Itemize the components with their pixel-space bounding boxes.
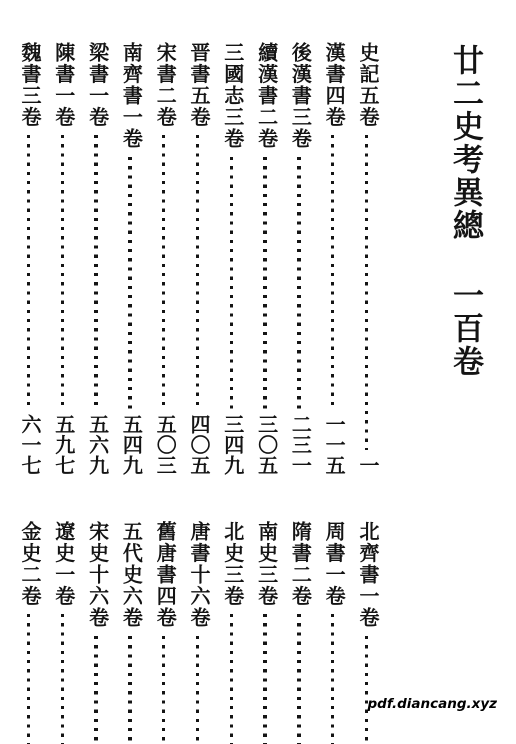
toc-entry: 後漢書三卷 二三一 <box>287 42 310 475</box>
toc-entry-title: 舊唐書四卷 <box>152 521 175 629</box>
toc-entry: 唐書十六卷 <box>186 521 209 744</box>
dot-leader <box>128 157 132 409</box>
toc-entry-title: 北史三卷 <box>220 521 243 607</box>
toc-entry-page: 三四九 <box>220 414 243 476</box>
dot-leader <box>61 614 65 744</box>
toc-entry: 史記五卷 一 <box>355 42 378 475</box>
dot-leader <box>162 636 166 744</box>
toc-entry: 五代史六卷 <box>118 521 141 744</box>
toc-entry-title: 梁書一卷 <box>85 42 108 128</box>
toc-entry-title: 南齊書一卷 <box>118 42 141 150</box>
dot-leader <box>331 135 335 409</box>
dot-leader <box>297 614 301 744</box>
dot-leader <box>27 135 31 409</box>
dot-leader <box>27 614 31 744</box>
toc-entry: 三國志三卷 三四九 <box>220 42 243 475</box>
dot-leader <box>365 135 369 450</box>
toc-entry-title: 後漢書三卷 <box>287 42 310 150</box>
toc-entry-page: 一 <box>355 455 378 476</box>
toc-entry-title: 周書一卷 <box>321 521 344 607</box>
toc-entry: 金史二卷 <box>17 521 40 744</box>
toc-entry: 遼史一卷 <box>51 521 74 744</box>
toc-entry: 梁書一卷 五六九 <box>85 42 108 475</box>
toc-entry-title: 五代史六卷 <box>118 521 141 629</box>
dot-leader <box>196 636 200 744</box>
toc-entry: 北史三卷 <box>220 521 243 744</box>
toc-entry: 南史三卷 <box>254 521 277 744</box>
toc-entry-title: 宋史十六卷 <box>85 521 108 629</box>
scanned-book-page: 廿二史考異總 一百卷 史記五卷 一 漢書四卷 一一五 後漢書三卷 二三一 續漢書… <box>0 0 516 744</box>
dot-leader <box>230 157 234 409</box>
dot-leader <box>263 157 267 409</box>
dot-leader <box>230 614 234 744</box>
toc-entry-title: 金史二卷 <box>17 521 40 607</box>
toc-entry-page: 一一五 <box>321 414 344 476</box>
dot-leader <box>297 157 301 409</box>
toc-entry-page: 四〇五 <box>186 414 209 476</box>
toc-entry: 晋書五卷 四〇五 <box>186 42 209 475</box>
dot-leader <box>61 135 65 409</box>
toc-entry-title: 宋書二卷 <box>152 42 175 128</box>
toc-entry: 宋書二卷 五〇三 <box>152 42 175 475</box>
toc-entry-title: 晋書五卷 <box>186 42 209 128</box>
dot-leader <box>94 636 98 744</box>
toc-entry-page: 五六九 <box>85 414 108 476</box>
dot-leader <box>196 135 200 409</box>
book-title: 廿二史考異總 一百卷 <box>447 44 483 378</box>
toc-entry-title: 唐書十六卷 <box>186 521 209 629</box>
toc-section-upper: 史記五卷 一 漢書四卷 一一五 後漢書三卷 二三一 續漢書二卷 三〇五 三國志三… <box>17 42 378 475</box>
toc-entry-title: 遼史一卷 <box>51 521 74 607</box>
toc-entry-page: 五〇三 <box>152 414 175 476</box>
toc-entry: 周書一卷 <box>321 521 344 744</box>
dot-leader <box>331 614 335 744</box>
toc-entry: 舊唐書四卷 <box>152 521 175 744</box>
dot-leader <box>128 636 132 744</box>
toc-entry: 續漢書二卷 三〇五 <box>254 42 277 475</box>
toc-entry: 南齊書一卷 五四九 <box>118 42 141 475</box>
toc-entry-title: 南史三卷 <box>254 521 277 607</box>
watermark: pdf.diancang.xyz <box>368 696 497 712</box>
toc-entry-page: 五四九 <box>118 414 141 476</box>
toc-entry: 陳書一卷 五九七 <box>51 42 74 475</box>
dot-leader <box>263 614 267 744</box>
toc-entry-page: 三〇五 <box>254 414 277 476</box>
toc-entry-page: 五九七 <box>51 414 74 476</box>
toc-entry-page: 六一七 <box>17 414 40 476</box>
toc-entry: 隋書二卷 <box>287 521 310 744</box>
toc-entry: 漢書四卷 一一五 <box>321 42 344 475</box>
toc-entry-title: 隋書二卷 <box>287 521 310 607</box>
toc-section-lower: 北齊書一卷 周書一卷 隋書二卷 南史三卷 北史三卷 唐書十六卷 舊唐書四卷 五代… <box>17 521 378 744</box>
toc-entry-title: 北齊書一卷 <box>355 521 378 629</box>
toc-entry-title: 陳書一卷 <box>51 42 74 128</box>
toc-entry: 魏書三卷 六一七 <box>17 42 40 475</box>
toc-entry-title: 三國志三卷 <box>220 42 243 150</box>
dot-leader <box>365 636 369 744</box>
toc-entry-title: 漢書四卷 <box>321 42 344 128</box>
dot-leader <box>162 135 166 409</box>
toc-entry-title: 魏書三卷 <box>17 42 40 128</box>
toc-entry-page: 二三一 <box>287 414 310 476</box>
toc-entry-title: 續漢書二卷 <box>254 42 277 150</box>
dot-leader <box>94 135 98 409</box>
toc-entry: 宋史十六卷 <box>85 521 108 744</box>
toc-entry-title: 史記五卷 <box>355 42 378 128</box>
